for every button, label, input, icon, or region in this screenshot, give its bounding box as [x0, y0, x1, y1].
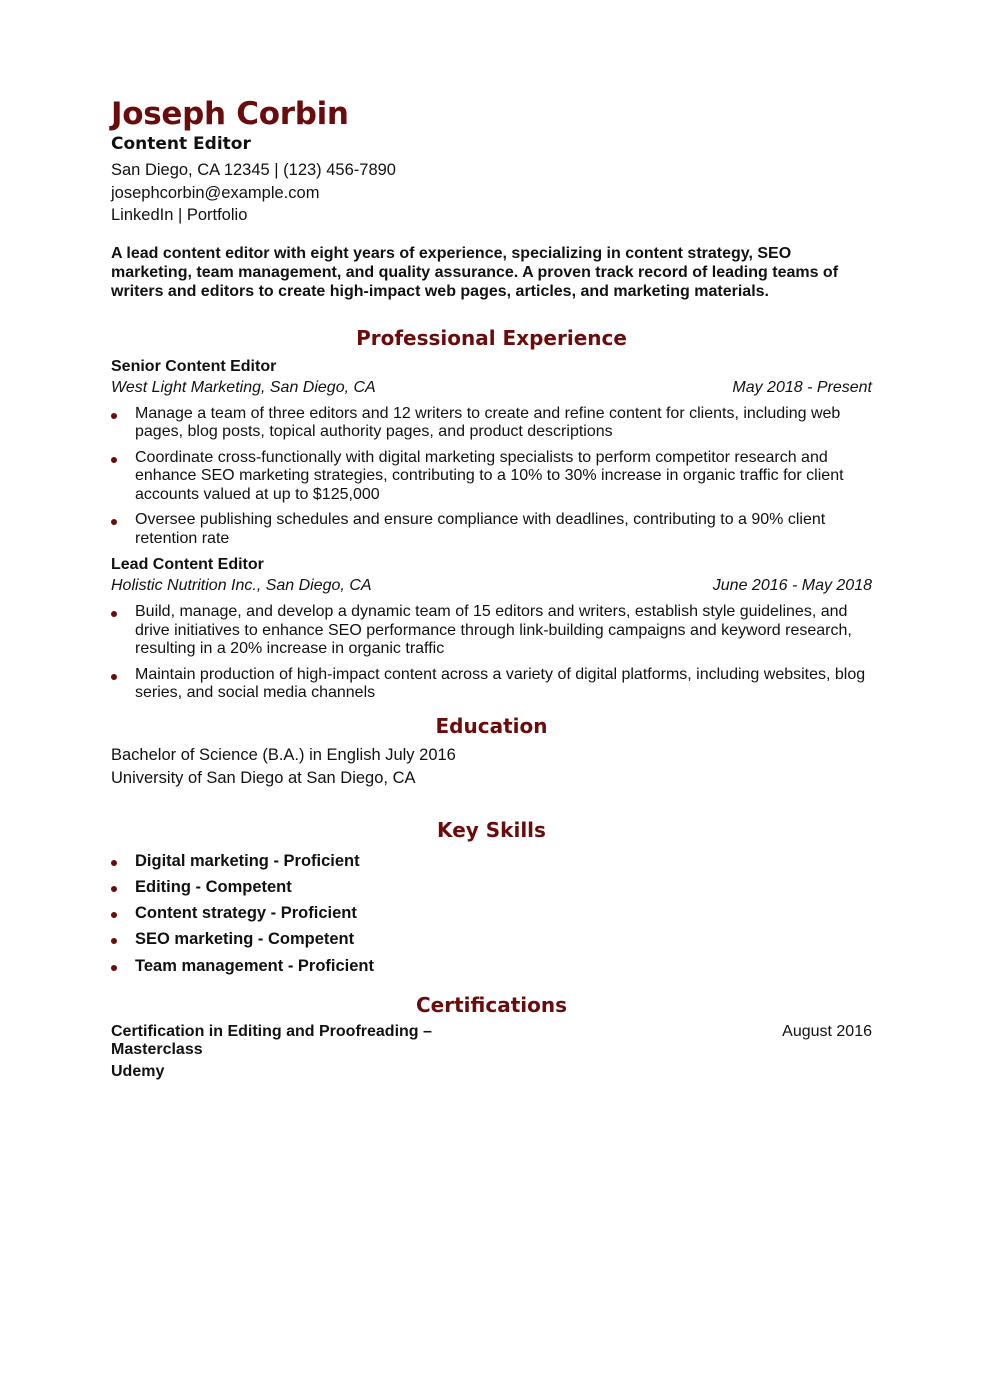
job-meta: Holistic Nutrition Inc., San Diego, CA J…	[111, 575, 872, 596]
job-bullet: Maintain production of high-impact conte…	[111, 666, 872, 703]
skills-section: Key Skills Digital marketing - Proficien…	[111, 817, 872, 979]
resume-header: Joseph Corbin Content Editor San Diego, …	[111, 94, 872, 227]
experience-heading: Professional Experience	[111, 325, 872, 351]
certification-issuer: Udemy	[111, 1061, 872, 1082]
certification-date: August 2016	[782, 1023, 872, 1059]
job-company: West Light Marketing, San Diego, CA	[111, 377, 376, 398]
bullet-icon	[111, 519, 117, 525]
skill-item: Content strategy - Proficient	[111, 900, 872, 926]
candidate-name: Joseph Corbin	[111, 94, 872, 134]
school: University of San Diego at San Diego, CA	[111, 767, 872, 790]
job-meta: West Light Marketing, San Diego, CA May …	[111, 377, 872, 398]
job-entry: Lead Content Editor Holistic Nutrition I…	[111, 554, 872, 703]
certifications-heading: Certifications	[111, 992, 872, 1018]
education-section: Education Bachelor of Science (B.A.) in …	[111, 713, 872, 790]
job-role: Lead Content Editor	[111, 554, 872, 575]
skill-item: SEO marketing - Competent	[111, 926, 872, 952]
certification-name: Certification in Editing and Proofreadin…	[111, 1023, 471, 1059]
location-phone: San Diego, CA 12345 | (123) 456-7890	[111, 159, 872, 182]
job-bullets: Manage a team of three editors and 12 wr…	[111, 405, 872, 549]
job-bullet: Coordinate cross-functionally with digit…	[111, 449, 872, 505]
skill-item: Editing - Competent	[111, 874, 872, 900]
bullet-icon	[111, 611, 117, 617]
job-entry: Senior Content Editor West Light Marketi…	[111, 356, 872, 549]
education-entry: Bachelor of Science (B.A.) in English Ju…	[111, 744, 872, 790]
job-company: Holistic Nutrition Inc., San Diego, CA	[111, 575, 372, 596]
degree: Bachelor of Science (B.A.) in English Ju…	[111, 744, 872, 767]
contact-info: San Diego, CA 12345 | (123) 456-7890 jos…	[111, 159, 872, 227]
job-bullets: Build, manage, and develop a dynamic tea…	[111, 603, 872, 703]
skill-item: Digital marketing - Proficient	[111, 848, 872, 874]
profile-links: LinkedIn | Portfolio	[111, 204, 872, 227]
bullet-icon	[111, 860, 117, 866]
bullet-icon	[111, 965, 117, 971]
bullet-icon	[111, 886, 117, 892]
resume-page: Joseph Corbin Content Editor San Diego, …	[111, 94, 872, 1082]
bullet-icon	[111, 938, 117, 944]
job-bullet: Manage a team of three editors and 12 wr…	[111, 405, 872, 442]
certification-entry: Certification in Editing and Proofreadin…	[111, 1023, 872, 1059]
candidate-title: Content Editor	[111, 133, 872, 155]
job-bullet: Build, manage, and develop a dynamic tea…	[111, 603, 872, 659]
skills-list: Digital marketing - Proficient Editing -…	[111, 848, 872, 979]
job-dates: June 2016 - May 2018	[713, 575, 872, 596]
job-role: Senior Content Editor	[111, 356, 872, 377]
bullet-icon	[111, 457, 117, 463]
bullet-icon	[111, 912, 117, 918]
job-bullet: Oversee publishing schedules and ensure …	[111, 511, 872, 548]
education-heading: Education	[111, 713, 872, 739]
job-dates: May 2018 - Present	[732, 377, 872, 398]
skill-item: Team management - Proficient	[111, 953, 872, 979]
professional-summary: A lead content editor with eight years o…	[111, 244, 872, 301]
experience-section: Professional Experience Senior Content E…	[111, 325, 872, 703]
certifications-section: Certifications Certification in Editing …	[111, 992, 872, 1082]
skills-heading: Key Skills	[111, 817, 872, 843]
bullet-icon	[111, 674, 117, 680]
bullet-icon	[111, 413, 117, 419]
email: josephcorbin@example.com	[111, 182, 872, 205]
